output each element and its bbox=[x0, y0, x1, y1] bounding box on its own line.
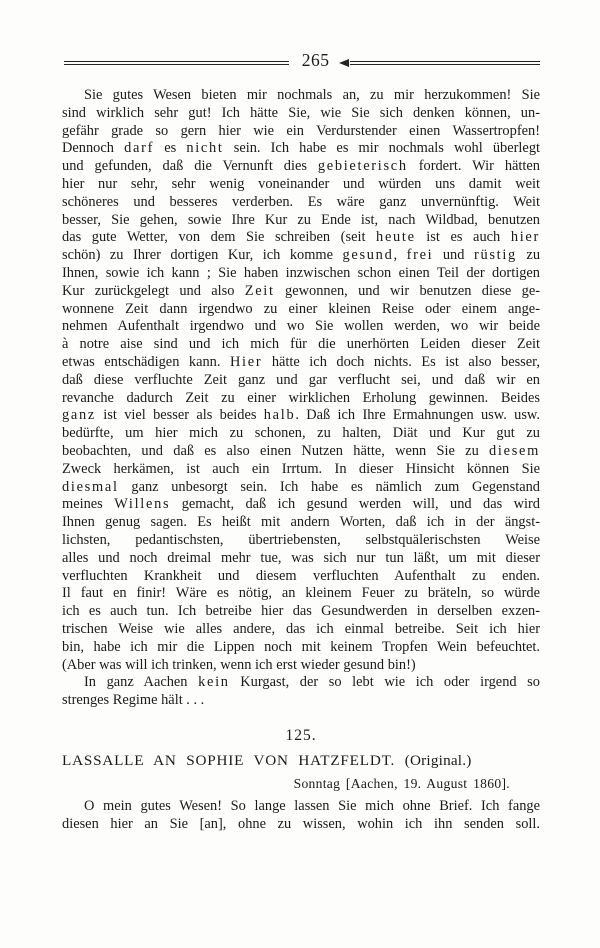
text-line: Ihnen, sowie ich kann ; Sie haben inzwis… bbox=[62, 265, 540, 283]
paragraph: In ganz Aachen kein Kurgast, der so lebt… bbox=[62, 674, 540, 710]
text-line: à notre aise sind und ich mich für die u… bbox=[62, 336, 540, 354]
text-line: das gute Wetter, von dem Sie schreiben (… bbox=[62, 229, 540, 247]
book-page: 265 Sie gutes Wesen bieten mir nochmals … bbox=[0, 0, 600, 948]
emphasized-word: gesund bbox=[343, 247, 394, 263]
emphasized-word: diesem bbox=[489, 443, 540, 459]
emphasized-word: Willens bbox=[114, 496, 170, 512]
text-line: bin, habe ich mir die Lippen noch mit ke… bbox=[62, 639, 540, 657]
emphasized-word: gebieterisch bbox=[318, 158, 408, 174]
letter-heading-note: (Original.) bbox=[405, 752, 472, 769]
letter-dateline: Sonntag [Aachen, 19. August 1860]. bbox=[62, 775, 540, 793]
text-line: hier nur sehr, sehr wenig voneinander un… bbox=[62, 176, 540, 194]
text-line: schöneres und besseres verderben. Es wär… bbox=[62, 194, 540, 212]
header-rule-right bbox=[350, 61, 540, 66]
text-line: daß diese verfluchte Zeit ganz und gar v… bbox=[62, 372, 540, 390]
text-line: Il faut en finir! Wäre es nötig, an klei… bbox=[62, 585, 540, 603]
text-line: ganz ist viel besser als beides halb. Da… bbox=[62, 407, 540, 425]
emphasized-word: rüstig bbox=[474, 247, 517, 263]
text-line: alles und noch dreimal mehr tue, was sic… bbox=[62, 550, 540, 568]
page-number: 265 bbox=[302, 52, 330, 70]
emphasized-word: darf bbox=[124, 140, 154, 156]
text-line: trischen Weise wie alles andere, das ich… bbox=[62, 621, 540, 639]
text-line: meines Willens gemacht, daß ich gesund w… bbox=[62, 496, 540, 514]
text-line: In ganz Aachen kein Kurgast, der so lebt… bbox=[62, 674, 540, 692]
text-line: Kur zurückgelegt und also Zeit gewonnen,… bbox=[62, 283, 540, 301]
emphasized-word: halb bbox=[264, 407, 296, 423]
text-line: Zweck herkämen, ist auch ein Irrtum. In … bbox=[62, 461, 540, 479]
text-line: lichsten, pedantischsten, übertriebenste… bbox=[62, 532, 540, 550]
text-line: wonnene Zeit dann irgendwo zu einer klei… bbox=[62, 301, 540, 319]
text-line: bedürfte, um hier mich zu schonen, zu ha… bbox=[62, 425, 540, 443]
text-line: revanche dadurch Zeit zu einer wirkliche… bbox=[62, 390, 540, 408]
text-line: strenges Regime hält . . . bbox=[62, 692, 540, 710]
text-line: verfluchten Krankheit und diesem verfluc… bbox=[62, 568, 540, 586]
letter-heading: LASSALLE AN SOPHIE VON HATZFELDT. (Origi… bbox=[62, 751, 540, 771]
letter-number: 125. bbox=[62, 726, 540, 745]
paragraph: O mein gutes Wesen! So lange lassen Sie … bbox=[62, 798, 540, 834]
emphasized-word: kein bbox=[198, 674, 230, 690]
emphasized-word: nicht bbox=[186, 140, 223, 156]
left-arrow-ornament-icon bbox=[339, 59, 349, 67]
text-line: besser, Sie gehen, sowie Ihre Kur zu End… bbox=[62, 212, 540, 230]
paragraph: Sie gutes Wesen bieten mir nochmals an, … bbox=[62, 87, 540, 674]
text-line: beobachten, und daß es also einen Nutzen… bbox=[62, 443, 540, 461]
text-line: nehmen Aufenthalt irgendwo und wo Sie wo… bbox=[62, 318, 540, 336]
text-column: Sie gutes Wesen bieten mir nochmals an, … bbox=[62, 87, 540, 833]
header-rule-left bbox=[64, 61, 289, 66]
emphasized-word: ganz bbox=[62, 407, 96, 423]
text-line: und gefunden, daß die Vernunft dies gebi… bbox=[62, 158, 540, 176]
emphasized-word: Zeit bbox=[245, 283, 275, 299]
letter-end-body: Sie gutes Wesen bieten mir nochmals an, … bbox=[62, 87, 540, 710]
text-line: sind wirklich sehr gut! Ich hätte Sie, w… bbox=[62, 105, 540, 123]
text-line: (Aber was will ich trinken, wenn ich ers… bbox=[62, 657, 540, 675]
emphasized-word: diesmal bbox=[62, 479, 119, 495]
running-head: 265 bbox=[64, 54, 540, 72]
next-letter-body: O mein gutes Wesen! So lange lassen Sie … bbox=[62, 798, 540, 834]
emphasized-word: heute bbox=[376, 229, 416, 245]
text-line: diesmal ganz unbesorgt sein. Ich habe es… bbox=[62, 479, 540, 497]
text-line: etwas entschädigen kann. Hier hätte ich … bbox=[62, 354, 540, 372]
text-line: gefähr grade so gern hier wie ein Verdur… bbox=[62, 123, 540, 141]
letter-heading-caps: LASSALLE AN SOPHIE VON HATZFELDT. bbox=[62, 752, 395, 769]
text-line: Sie gutes Wesen bieten mir nochmals an, … bbox=[62, 87, 540, 105]
text-line: ich es auch tun. Ich betreibe hier das G… bbox=[62, 603, 540, 621]
text-line: Ihnen genug sagen. Es heißt mit andern W… bbox=[62, 514, 540, 532]
emphasized-word: frei bbox=[407, 247, 434, 263]
text-line: schön) zu Ihrer dortigen Kur, ich komme … bbox=[62, 247, 540, 265]
text-line: O mein gutes Wesen! So lange lassen Sie … bbox=[62, 798, 540, 816]
text-line: Dennoch darf es nicht sein. Ich habe es … bbox=[62, 140, 540, 158]
emphasized-word: hier bbox=[511, 229, 540, 245]
emphasized-word: Hier bbox=[230, 354, 262, 370]
text-line: diesen hier an Sie [an], ohne zu wissen,… bbox=[62, 816, 540, 834]
